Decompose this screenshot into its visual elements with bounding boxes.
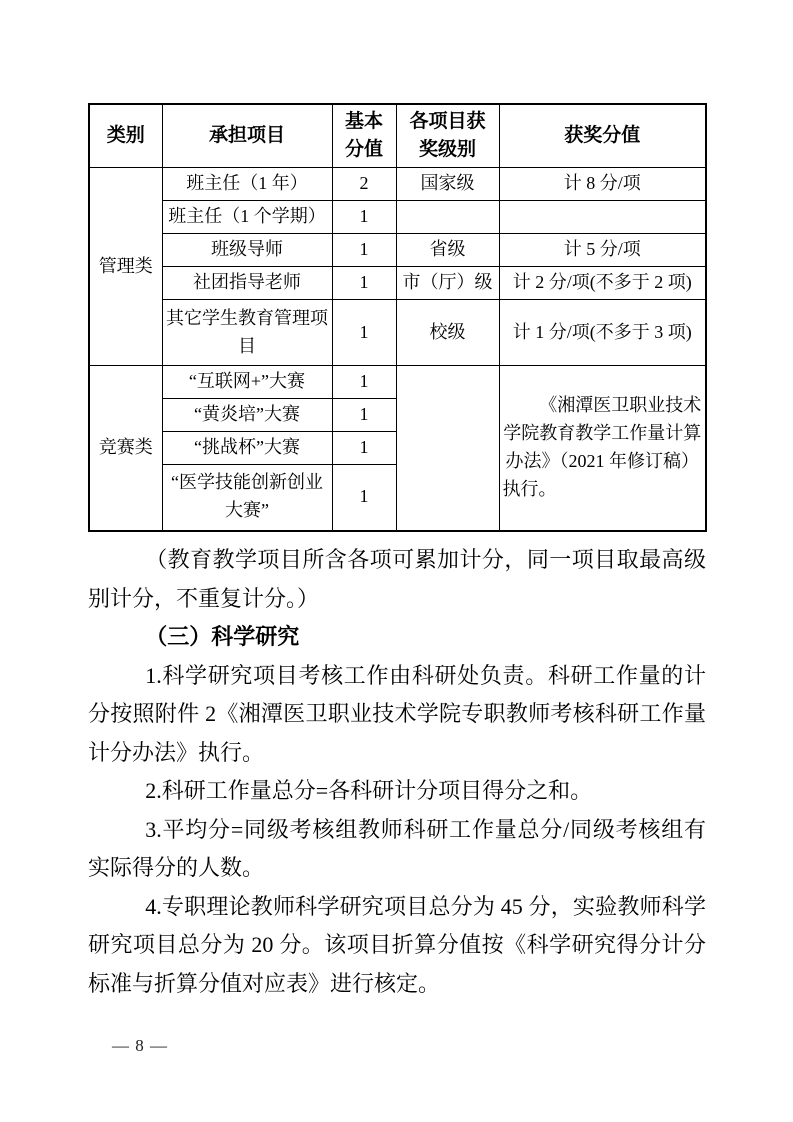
cell-score: 1 bbox=[332, 267, 396, 300]
header-award-score: 获奖分值 bbox=[499, 104, 706, 168]
page-number: — 8 — bbox=[112, 1036, 168, 1056]
cell-award-level: 省级 bbox=[396, 234, 499, 267]
cell-award-level-merged bbox=[396, 366, 499, 531]
paragraph-1: 1.科学研究项目考核工作由科研处负责。科研工作量的计分按照附件 2《湘潭医卫职业… bbox=[88, 657, 706, 773]
cell-score: 1 bbox=[332, 366, 396, 399]
cell-award-score bbox=[499, 201, 706, 234]
table-row: 社团指导老师 1 市（厅）级 计 2 分/项(不多于 2 项) bbox=[89, 267, 706, 300]
header-award-level-line2: 奖级别 bbox=[400, 136, 496, 165]
header-category: 类别 bbox=[89, 104, 162, 168]
header-base-score-line2: 分值 bbox=[336, 136, 393, 165]
paragraph-3: 3.平均分=同级考核组教师科研工作量总分/同级考核组有实际得分的人数。 bbox=[88, 811, 706, 888]
header-award-level-line1: 各项目获 bbox=[400, 108, 496, 137]
workload-score-table: 类别 承担项目 基本 分值 各项目获 奖级别 获奖分值 管理类 班主任（1 年）… bbox=[88, 103, 707, 532]
cell-award-note: 《湘潭医卫职业技术学院教育教学工作量计算办法》（2021 年修订稿）执行。 bbox=[499, 366, 706, 531]
table-row: 其它学生教育管理项目 1 校级 计 1 分/项(不多于 3 项) bbox=[89, 300, 706, 366]
cell-project: “医学技能创新创业大赛” bbox=[162, 465, 332, 531]
paragraph-2: 2.科研工作量总分=各科研计分项目得分之和。 bbox=[88, 772, 706, 811]
table-note-paragraph: （教育教学项目所含各项可累加计分，同一项目取最高级别计分，不重复计分。） bbox=[88, 541, 706, 618]
cell-project: 其它学生教育管理项目 bbox=[162, 300, 332, 366]
cell-award-score: 计 5 分/项 bbox=[499, 234, 706, 267]
table-row: 管理类 班主任（1 年） 2 国家级 计 8 分/项 bbox=[89, 168, 706, 201]
table-row: 班主任（1 个学期） 1 bbox=[89, 201, 706, 234]
table-header-row: 类别 承担项目 基本 分值 各项目获 奖级别 获奖分值 bbox=[89, 104, 706, 168]
header-base-score-line1: 基本 bbox=[336, 108, 393, 137]
cell-project: “互联网+”大赛 bbox=[162, 366, 332, 399]
cell-score: 2 bbox=[332, 168, 396, 201]
document-page: 类别 承担项目 基本 分值 各项目获 奖级别 获奖分值 管理类 班主任（1 年）… bbox=[0, 0, 793, 1122]
cell-award-score: 计 8 分/项 bbox=[499, 168, 706, 201]
cell-category-competition: 竞赛类 bbox=[89, 366, 162, 531]
cell-project: 班主任（1 个学期） bbox=[162, 201, 332, 234]
table-row: 班级导师 1 省级 计 5 分/项 bbox=[89, 234, 706, 267]
cell-score: 1 bbox=[332, 201, 396, 234]
cell-category-management: 管理类 bbox=[89, 168, 162, 366]
header-project: 承担项目 bbox=[162, 104, 332, 168]
header-base-score: 基本 分值 bbox=[332, 104, 396, 168]
cell-score: 1 bbox=[332, 399, 396, 432]
cell-award-level bbox=[396, 201, 499, 234]
table-row: 竞赛类 “互联网+”大赛 1 《湘潭医卫职业技术学院教育教学工作量计算办法》（2… bbox=[89, 366, 706, 399]
cell-project: “挑战杯”大赛 bbox=[162, 432, 332, 465]
cell-award-level: 市（厅）级 bbox=[396, 267, 499, 300]
document-body: （教育教学项目所含各项可累加计分，同一项目取最高级别计分，不重复计分。） （三）… bbox=[88, 541, 706, 1003]
header-award-level: 各项目获 奖级别 bbox=[396, 104, 499, 168]
paragraph-4: 4.专职理论教师科学研究项目总分为 45 分，实验教师科学研究项目总分为 20 … bbox=[88, 888, 706, 1004]
cell-award-level: 校级 bbox=[396, 300, 499, 366]
cell-project: 班主任（1 年） bbox=[162, 168, 332, 201]
cell-award-score: 计 2 分/项(不多于 2 项) bbox=[499, 267, 706, 300]
cell-award-level: 国家级 bbox=[396, 168, 499, 201]
cell-award-score: 计 1 分/项(不多于 3 项) bbox=[499, 300, 706, 366]
cell-project: 班级导师 bbox=[162, 234, 332, 267]
cell-score: 1 bbox=[332, 465, 396, 531]
cell-score: 1 bbox=[332, 234, 396, 267]
cell-score: 1 bbox=[332, 432, 396, 465]
section-heading: （三）科学研究 bbox=[88, 618, 706, 657]
cell-project: “黄炎培”大赛 bbox=[162, 399, 332, 432]
cell-project: 社团指导老师 bbox=[162, 267, 332, 300]
cell-score: 1 bbox=[332, 300, 396, 366]
